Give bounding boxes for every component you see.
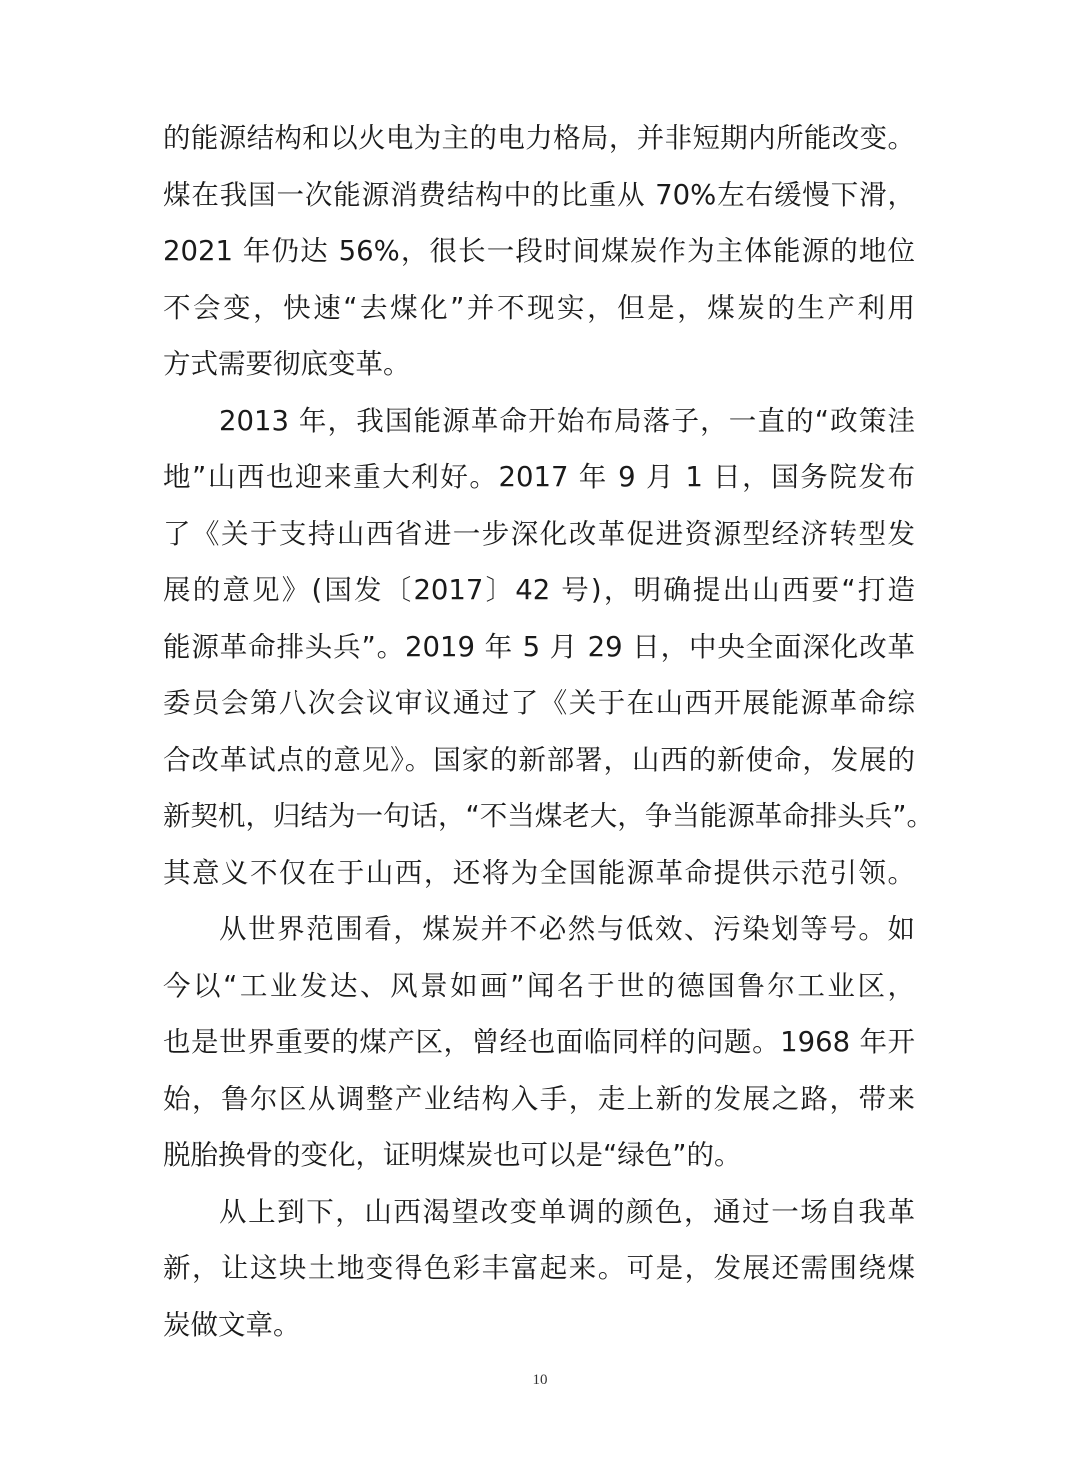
text-line: 2013 年，我国能源革命开始布局落子，一直的“政策洼 [163, 393, 915, 450]
text-line: 今以“工业发达、风景如画”闻名于世的德国鲁尔工业区， [163, 958, 915, 1015]
text-line: 从上到下，山西渴望改变单调的颜色，通过一场自我革 [163, 1184, 915, 1241]
text-line: 能源革命排头兵”。2019 年 5 月 29 日，中央全面深化改革 [163, 619, 915, 676]
text-line: 其意义不仅在于山西，还将为全国能源革命提供示范引领。 [163, 845, 915, 902]
text-line: 了《关于支持山西省进一步深化改革促进资源型经济转型发 [163, 506, 915, 563]
text-line: 也是世界重要的煤产区，曾经也面临同样的问题。1968 年开 [163, 1014, 915, 1071]
text-line: 的能源结构和以火电为主的电力格局，并非短期内所能改变。 [163, 110, 915, 167]
text-line: 委员会第八次会议审议通过了《关于在山西开展能源革命综 [163, 675, 915, 732]
text-line: 新，让这块土地变得色彩丰富起来。可是，发展还需围绕煤 [163, 1240, 915, 1297]
text-line: 合改革试点的意见》。国家的新部署，山西的新使命，发展的 [163, 732, 915, 789]
text-line: 煤在我国一次能源消费结构中的比重从 70%左右缓慢下滑， [163, 167, 915, 224]
text-line: 展的意见》(国发〔2017〕42 号)，明确提出山西要“打造 [163, 562, 915, 619]
document-page: 的能源结构和以火电为主的电力格局，并非短期内所能改变。 煤在我国一次能源消费结构… [0, 0, 1080, 1470]
paragraph-3: 从世界范围看，煤炭并不必然与低效、污染划等号。如 今以“工业发达、风景如画”闻名… [163, 901, 923, 1184]
text-line: 新契机，归结为一句话，“不当煤老大，争当能源革命排头兵”。 [163, 788, 915, 845]
text-line: 不会变，快速“去煤化”并不现实，但是，煤炭的生产利用 [163, 280, 915, 337]
paragraph-1: 的能源结构和以火电为主的电力格局，并非短期内所能改变。 煤在我国一次能源消费结构… [163, 110, 923, 393]
paragraph-4: 从上到下，山西渴望改变单调的颜色，通过一场自我革 新，让这块土地变得色彩丰富起来… [163, 1184, 923, 1354]
text-line: 脱胎换骨的变化，证明煤炭也可以是“绿色”的。 [163, 1127, 915, 1184]
text-line: 地”山西也迎来重大利好。2017 年 9 月 1 日，国务院发布 [163, 449, 915, 506]
page-number: 10 [0, 1372, 1080, 1389]
paragraph-2: 2013 年，我国能源革命开始布局落子，一直的“政策洼 地”山西也迎来重大利好。… [163, 393, 923, 902]
text-line: 炭做文章。 [163, 1297, 915, 1354]
body-text: 的能源结构和以火电为主的电力格局，并非短期内所能改变。 煤在我国一次能源消费结构… [163, 110, 923, 1353]
text-line: 方式需要彻底变革。 [163, 336, 915, 393]
text-line: 2021 年仍达 56%，很长一段时间煤炭作为主体能源的地位 [163, 223, 915, 280]
text-line: 始，鲁尔区从调整产业结构入手，走上新的发展之路，带来 [163, 1071, 915, 1128]
text-line: 从世界范围看，煤炭并不必然与低效、污染划等号。如 [163, 901, 915, 958]
